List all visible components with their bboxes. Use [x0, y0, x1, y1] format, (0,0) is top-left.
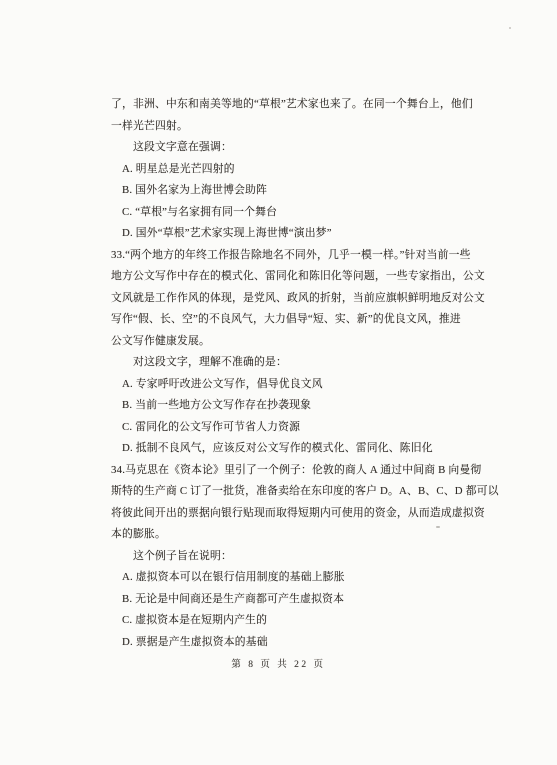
q32-continuation-line: 一样光芒四射。	[111, 116, 491, 138]
q33-stem: 对这段文字，理解不准确的是：	[111, 352, 491, 374]
q34-option-d: D. 票据是产生虚拟资本的基础	[111, 632, 491, 654]
q34-body-line: 34.马克思在《资本论》里引了一个例子：伦敦的商人 A 通过中间商 B 向曼彻	[111, 460, 491, 482]
q33-body-line: 文风就是工作作风的体现，是党风、政风的折射，当前应旗帜鲜明地反对公文	[111, 288, 491, 310]
scanned-exam-page: 了，非洲、中东和南美等地的“草根”艺术家也来了。在同一个舞台上，他们 一样光芒四…	[0, 0, 557, 765]
q32-continuation-line: 了，非洲、中东和南美等地的“草根”艺术家也来了。在同一个舞台上，他们	[111, 94, 491, 116]
q34-body-line: 本的膨胀。	[111, 524, 491, 546]
q32-stem: 这段文字意在强调：	[111, 137, 491, 159]
q33-body-line: 写作“假、长、空”的不良风气，大力倡导“短、实、新”的优良文风，推进	[111, 309, 491, 331]
q32-option-a: A. 明星总是光芒四射的	[111, 159, 491, 181]
q34-option-b: B. 无论是中间商还是生产商都可产生虚拟资本	[111, 589, 491, 611]
q32-option-b: B. 国外名家为上海世博会助阵	[111, 180, 491, 202]
q34-stem: 这个例子旨在说明：	[111, 546, 491, 568]
q33-option-b: B. 当前一些地方公文写作存在抄袭现象	[111, 395, 491, 417]
q33-body-line: 公文写作健康发展。	[111, 331, 491, 353]
text-block: 了，非洲、中东和南美等地的“草根”艺术家也来了。在同一个舞台上，他们 一样光芒四…	[111, 94, 491, 653]
q34-body-line: 将彼此间开出的票据向银行贴现而取得短期内可使用的资金，从而造成虚拟资	[111, 503, 491, 525]
q34-option-a: A. 虚拟资本可以在银行信用制度的基础上膨胀	[111, 567, 491, 589]
scan-speck	[509, 27, 511, 29]
q33-option-c: C. 雷同化的公文写作可节省人力资源	[111, 417, 491, 439]
q32-option-d: D. 国外“草根”艺术家实现上海世博“演出梦”	[111, 223, 491, 245]
scan-speck	[436, 526, 440, 528]
q33-body-line: 33.“两个地方的年终工作报告除地名不同外，几乎一模一样。”针对当前一些	[111, 245, 491, 267]
q32-option-c: C. “草根”与名家拥有同一个舞台	[111, 202, 491, 224]
page-number-footer: 第 8 页 共 22 页	[0, 656, 557, 670]
q33-option-d: D. 抵制不良风气，应该反对公文写作的模式化、雷同化、陈旧化	[111, 438, 491, 460]
q33-body-line: 地方公文写作中存在的模式化、雷同化和陈旧化等问题，一些专家指出，公文	[111, 266, 491, 288]
q34-option-c: C. 虚拟资本是在短期内产生的	[111, 610, 491, 632]
q34-body-line: 斯特的生产商 C 订了一批货，准备卖给在东印度的客户 D。A、B、C、D 都可以	[111, 481, 491, 503]
q33-option-a: A. 专家呼吁改进公文写作，倡导优良文风	[111, 374, 491, 396]
